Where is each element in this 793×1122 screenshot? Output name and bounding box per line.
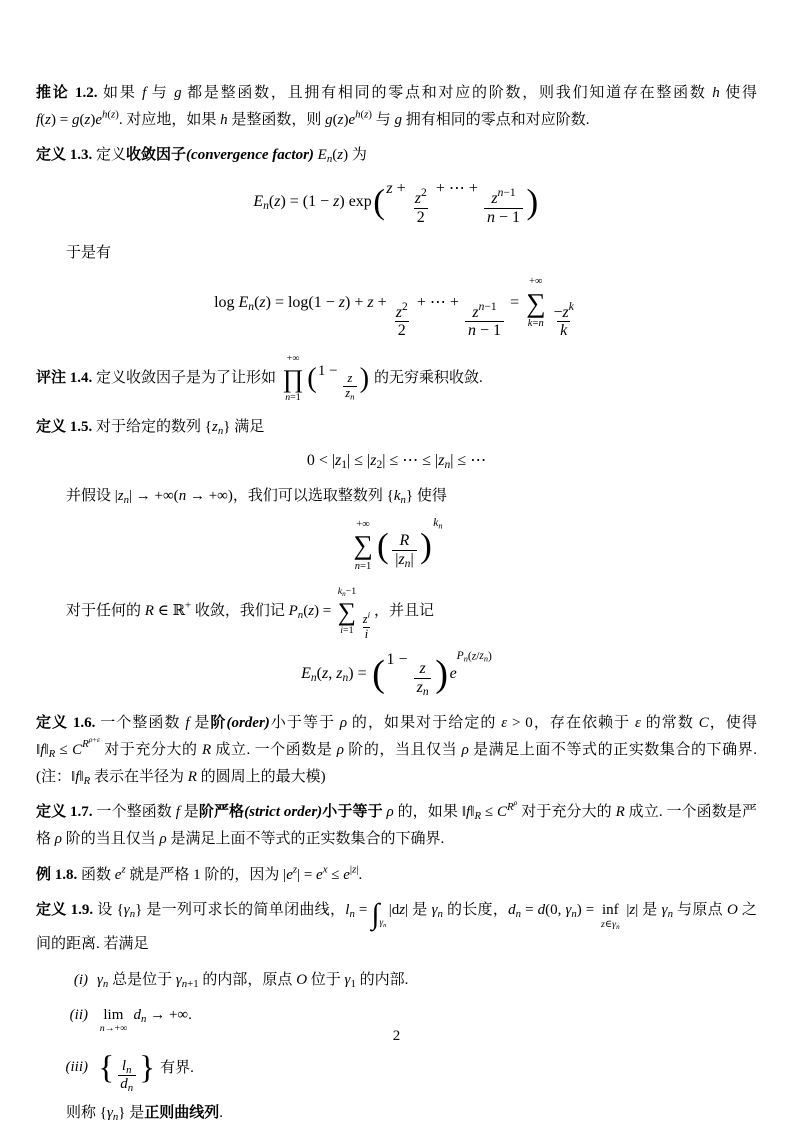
math-var: E — [239, 294, 249, 311]
math-sup-group: zn−1 — [491, 190, 515, 207]
math-var: ρ — [159, 831, 166, 847]
math-row: n − 1 — [487, 209, 520, 226]
bold-italic-text-run: (order) — [226, 715, 269, 731]
text-run: 与原点 — [673, 902, 727, 918]
inline-math: R ∈ ℝ+ — [145, 603, 191, 619]
math-numerator: ln — [119, 1058, 134, 1075]
math-text: ) = — [348, 665, 370, 682]
text-run: 一个整函数 — [93, 804, 176, 820]
display-formula: log En(z) = log(1 − z) + z + z22 + ⋯ + z… — [36, 275, 757, 340]
math-text: = — [355, 902, 372, 918]
math-superscript: n−1 — [498, 187, 516, 199]
math-var: g — [325, 112, 333, 128]
math-row: ‖f‖R ≤ CRρ+ε — [36, 742, 100, 758]
math-row: ‖f‖R ≤ CRρ — [462, 804, 518, 820]
text-run: 的，如果 — [394, 804, 462, 820]
math-row: kn−1 — [338, 586, 356, 597]
inline-math: ρ — [387, 804, 394, 820]
inline-math: γ1 — [345, 972, 356, 988]
math-row: n−1 — [498, 187, 516, 199]
inline-math: Pn(z) = kn−1∑i=1zii — [289, 603, 374, 619]
math-row: log En(z) = log(1 − z) + z + z22 + ⋯ + z… — [214, 294, 579, 311]
text-run: 为 — [348, 147, 367, 163]
math-fraction: lndn — [118, 1058, 136, 1093]
math-delimited: (z + z22 + ⋯ + zn−1n − 1) — [372, 178, 540, 227]
math-sup-group: zk — [562, 304, 573, 321]
paragraph: 对于任何的 R ∈ ℝ+ 收敛，我们记 Pn(z) = kn−1∑i=1zii，… — [36, 586, 757, 641]
math-text: + ⋯ + — [413, 294, 463, 311]
math-sub-group: dn — [120, 1076, 133, 1092]
math-sub-group: ‖f‖R — [36, 742, 55, 758]
math-sub-group: γn — [107, 1105, 118, 1121]
math-sub-group: zn — [398, 551, 410, 568]
text-run: 有界. — [156, 1059, 194, 1075]
text-run: . — [358, 867, 362, 883]
math-sub-group: γn — [612, 919, 619, 930]
math-var: ρ — [337, 742, 344, 758]
text-run: 则称 — [66, 1105, 100, 1121]
math-row: 1 − zzn — [386, 651, 433, 668]
math-row: −zk — [553, 304, 573, 321]
math-numerator: zi — [361, 613, 373, 627]
math-sub-group: γn — [662, 902, 673, 918]
math-text: +∞ — [287, 353, 300, 364]
math-row: dn = d(0, γn) = infz∈γn |z| — [508, 902, 638, 918]
text-run: 的内部. — [356, 972, 409, 988]
math-sub-group: γn — [565, 902, 576, 918]
text-run: 与 — [372, 112, 395, 128]
math-row: g(z)eh(z) — [325, 112, 372, 128]
math-row: ρ+ε — [89, 735, 100, 744]
delimited-content: R|zn| — [390, 522, 419, 569]
math-superscript: n−1 — [479, 300, 497, 312]
bigop-lower-limit: z∈γn — [601, 919, 620, 931]
math-subscript: n — [438, 522, 442, 531]
math-row: 1 − zzn — [318, 363, 359, 379]
math-subscript: n — [423, 687, 429, 699]
math-row: ln = ∫γn|dz| — [345, 902, 408, 918]
math-text: − 1 — [495, 209, 520, 226]
math-row: ε > 0 — [501, 715, 533, 731]
math-text: | ≤ | — [347, 452, 370, 469]
math-var: n — [383, 922, 386, 929]
math-sup-group: ez — [286, 867, 297, 883]
math-text: 0 < | — [307, 452, 335, 469]
math-text: ) = (1 − — [280, 193, 333, 210]
math-sup-group: ePn(z/zn) — [450, 665, 492, 682]
math-text: + ⋯ + — [432, 180, 482, 197]
text-run: ，并且记 — [374, 603, 434, 619]
bigop-symbol: ∑ — [526, 289, 545, 318]
math-numerator: zn−1 — [488, 190, 518, 208]
math-sub-group: ‖f‖R — [462, 804, 481, 820]
text-run: ，我们可以选取整数列 — [233, 488, 387, 504]
math-sub-group: En — [318, 147, 333, 163]
paragraph: 例 1.8. 函数 ez 就是严格 1 阶的，因为 |ez| = ex ≤ e|… — [36, 862, 757, 889]
math-var: e — [95, 112, 102, 128]
paragraph: 定义 1.9. 设 {γn} 是一列可求长的简单闭曲线，ln = ∫γn|dz|… — [36, 897, 757, 958]
math-text: | → +∞( — [129, 488, 179, 504]
math-var: C — [699, 715, 709, 731]
math-denominator: n − 1 — [484, 208, 523, 227]
math-fraction: zn−1n − 1 — [465, 304, 504, 341]
math-text: ) — [488, 650, 492, 662]
inline-math: g — [394, 112, 402, 128]
math-sub-group: En — [301, 665, 317, 682]
text-run: 是 — [126, 1105, 145, 1121]
bigop-symbol: inf — [602, 902, 619, 919]
math-sup-group: z2 — [415, 190, 427, 207]
math-row: En(z, zn) = (1 − zzn)ePn(z/zn) — [301, 665, 492, 682]
math-text: 2 — [398, 322, 406, 339]
math-row: k=n — [528, 318, 544, 329]
bold-text-run: 阶 — [210, 715, 226, 731]
math-superscript: Rρ — [507, 801, 517, 813]
math-var: g — [174, 85, 182, 101]
inline-math: {kn} — [387, 488, 413, 504]
text-run: 是 — [638, 902, 661, 918]
math-text: } — [118, 1105, 125, 1121]
math-var: R — [507, 801, 514, 813]
math-text: > 0 — [507, 715, 533, 731]
bigop-symbol: lim — [103, 1007, 123, 1024]
paragraph: 定义 1.6. 一个整函数 f 是阶(order)小于等于 ρ 的，如果对于给定… — [36, 710, 757, 790]
math-sup-group: eh(z) — [348, 112, 372, 128]
integral-operator: ∫γn — [371, 897, 388, 930]
math-var: ρ — [55, 831, 62, 847]
math-row: i=1 — [340, 625, 353, 636]
bigop-lower-limit: k=n — [528, 317, 544, 330]
math-sub-group: ‖f‖R — [71, 769, 90, 785]
inline-math: +∞∏n=1(1 − zzn) — [280, 371, 370, 387]
math-var: E — [318, 147, 327, 163]
display-formula: En(z) = (1 − z) exp(z + z22 + ⋯ + zn−1n … — [36, 178, 757, 227]
math-sub-group: En — [253, 193, 269, 210]
math-var: e — [450, 665, 457, 682]
math-sub-group: zn — [336, 665, 348, 682]
list-item: (i)γn 总是位于 γn+1 的内部，原点 O 位于 γ1 的内部. — [36, 967, 757, 994]
math-row: h(z) — [102, 108, 119, 120]
text-run: 的内部，原点 — [199, 972, 297, 988]
math-var: d — [120, 1076, 128, 1092]
math-delimited: {lndn} — [97, 1044, 156, 1093]
text-run: ，使得 — [709, 715, 757, 731]
text-run: 对于充分大的 — [517, 804, 615, 820]
math-row: Pn(z) = kn−1∑i=1zii — [289, 603, 374, 619]
math-sub-group: En — [239, 294, 255, 311]
math-text: ∈ — [154, 603, 173, 619]
math-sup-group: zi — [363, 612, 370, 626]
math-row: n+1 — [182, 978, 199, 990]
math-text: ) = — [577, 902, 599, 918]
page-number: 2 — [0, 1028, 793, 1045]
text-run: 定义收敛因子是为了让形如 — [92, 371, 280, 387]
math-sub-group: zn — [212, 419, 223, 435]
math-superscript: 2 — [421, 187, 427, 199]
bigop-lower-limit: n=1 — [355, 560, 372, 573]
math-sub-group: γn — [97, 972, 108, 988]
math-fraction: zii — [361, 613, 373, 642]
math-var: d — [508, 902, 516, 918]
math-text: + — [374, 294, 391, 311]
math-numerator: −zk — [551, 304, 577, 322]
math-text: ≤ — [481, 804, 497, 820]
paragraph: 定义 1.5. 对于给定的数列 {zn} 满足 — [36, 414, 757, 441]
item-content: {lndn} 有界. — [97, 1044, 194, 1093]
math-sub-group: γn — [379, 918, 386, 928]
text-run: 阶的当且仅当 — [62, 831, 160, 847]
math-var: ρ — [462, 742, 469, 758]
math-sup-group: (R|zn|)kn — [376, 536, 443, 553]
math-var: R — [202, 742, 211, 758]
bigop-lower-limit: i=1 — [340, 625, 353, 637]
inline-math: ε > 0 — [501, 715, 533, 731]
math-text: −1 — [346, 586, 357, 597]
math-text: 1 − — [318, 363, 341, 379]
inline-math: {γn} — [117, 902, 143, 918]
inline-math: ρ — [337, 742, 344, 758]
paragraph: 于是有 — [36, 240, 757, 267]
math-sup-group: Rρ — [507, 801, 517, 813]
math-denominator: 2 — [414, 208, 428, 227]
math-text: −1 — [484, 300, 496, 312]
text-run: 是一列可求长的简单闭曲线， — [142, 902, 345, 918]
math-text: 2 — [417, 209, 425, 226]
math-row: |zn| — [395, 551, 413, 568]
bold-text-run: 收敛因子 — [126, 147, 186, 163]
math-var: C — [72, 742, 82, 758]
inline-math: {zn} — [205, 419, 231, 435]
math-var: d — [134, 1007, 142, 1023]
inline-math: O — [727, 902, 738, 918]
math-text: } — [406, 488, 413, 504]
math-var: n — [350, 391, 354, 401]
inline-math: |ez| = ex ≤ e|z| — [283, 867, 358, 883]
text-run: 是 — [180, 804, 199, 820]
math-var: n — [538, 318, 543, 329]
text-run: 函数 — [77, 867, 115, 883]
text-run: 的圆周上的最大模) — [197, 769, 326, 785]
math-text: =1 — [290, 392, 301, 403]
math-var: P — [457, 650, 464, 662]
math-subscript: n — [616, 923, 620, 931]
math-row: Pn(z/zn) — [457, 650, 492, 662]
text-run: 的常数 — [641, 715, 699, 731]
math-fraction: zzn — [343, 372, 357, 401]
sum-operator: +∞∑n=1 — [353, 518, 372, 573]
inf-operator: infz∈γn — [601, 902, 620, 931]
math-subscript: n+1 — [182, 978, 199, 990]
bold-text-run: 小于等于 — [322, 804, 383, 820]
inline-math: ‖f‖R ≤ CRρ+ε — [36, 742, 100, 758]
text-run: 拥有相同的零点和对应阶数. — [402, 112, 590, 128]
math-text: −1 — [503, 187, 515, 199]
inline-math: h — [220, 112, 228, 128]
math-var: n — [423, 687, 429, 699]
bigop-symbol: ∑ — [353, 531, 372, 560]
theorem-label: 定义 1.5. — [36, 419, 92, 435]
math-row: |ez| = ex ≤ e|z| — [283, 867, 358, 883]
math-text: { — [100, 1105, 107, 1121]
text-run: 使得 — [720, 85, 757, 101]
math-text: =1 — [360, 561, 371, 572]
math-delimited: (R|zn|) — [376, 522, 434, 569]
delimited-content: lndn — [115, 1044, 137, 1093]
math-denominator: dn — [118, 1075, 136, 1093]
math-denominator: zn — [343, 386, 357, 401]
math-sub-group: zn — [118, 488, 129, 504]
inline-math: γn — [662, 902, 673, 918]
math-row: n=1 — [285, 392, 300, 403]
math-sub-group: zn — [438, 452, 450, 469]
bold-text-run: 正则曲线列 — [144, 1105, 219, 1121]
math-fraction: zn−1n − 1 — [484, 190, 523, 227]
math-var: R — [616, 804, 625, 820]
theorem-label: 例 1.8. — [36, 867, 77, 883]
delimited-content: z + z22 + ⋯ + zn−1n − 1 — [386, 178, 525, 227]
math-sub-group: γn+1 — [176, 972, 199, 988]
text-run: ，存在依赖于 — [533, 715, 635, 731]
math-denominator: k — [557, 321, 570, 340]
math-row: |zn| → +∞(n → +∞) — [115, 488, 233, 504]
text-run: 一个整函数 — [95, 715, 185, 731]
text-run: 是满足上面不等式的正实数集合的下确界. — [167, 831, 445, 847]
math-var: g — [394, 112, 402, 128]
math-var: E — [253, 193, 263, 210]
math-row: 0 < |z1| ≤ |z2| ≤ ⋯ ≤ |zn| ≤ ⋯ — [307, 452, 486, 469]
math-var: n — [128, 1082, 133, 1094]
math-var: O — [727, 902, 738, 918]
math-text: ) + — [345, 294, 367, 311]
text-run: 使得 — [413, 488, 447, 504]
math-row: n=1 — [355, 561, 372, 572]
math-superscript: h(z) — [355, 108, 372, 120]
text-run: 于是有 — [66, 245, 111, 261]
math-var: O — [296, 972, 307, 988]
theorem-label: 定义 1.6. — [36, 715, 95, 731]
math-sub-group: γn — [124, 902, 135, 918]
text-run: 小于等于 — [270, 715, 340, 731]
math-sub-group: dn — [508, 902, 521, 918]
math-denominator: zn — [414, 678, 432, 697]
math-text: + — [393, 180, 410, 197]
text-run: 总是位于 — [108, 972, 176, 988]
math-subscript: n — [350, 391, 354, 401]
math-text: +∞ — [529, 276, 542, 287]
text-run: 阶的，当且仅当 — [344, 742, 462, 758]
math-sub-group: Pn — [457, 650, 468, 662]
math-var: h — [712, 85, 720, 101]
math-sup-group: z2 — [396, 304, 408, 321]
inline-math: limn→+∞dn → +∞. — [97, 1007, 192, 1023]
math-var: E — [301, 665, 311, 682]
math-text: ) = — [51, 112, 72, 128]
text-run: 对于给定的数列 — [92, 419, 205, 435]
math-var: ρ — [387, 804, 394, 820]
product-operator: +∞∏n=1 — [282, 353, 303, 405]
math-delimited: (1 − zzn) — [306, 358, 370, 401]
math-var: C — [497, 804, 507, 820]
math-row: z + z22 + ⋯ + zn−1n − 1 — [386, 180, 525, 197]
math-var: k — [569, 300, 574, 312]
theorem-label: 定义 1.7. — [36, 804, 93, 820]
math-text: | = — [297, 867, 316, 883]
math-var: n — [616, 923, 620, 931]
math-row: En(z) = (1 − z) exp(z + z22 + ⋯ + zn−1n … — [253, 193, 539, 210]
math-sub-group: ln — [122, 1058, 132, 1074]
math-row: {kn} — [387, 488, 413, 504]
math-var: i — [365, 627, 368, 641]
document-body: 推论 1.2. 如果 f 与 g 都是整函数，且拥有相同的零点和对应的阶数，则我… — [36, 80, 757, 1122]
math-sub-group: zn — [417, 679, 429, 696]
math-row: n−1 — [479, 300, 497, 312]
math-text: 2 — [402, 300, 408, 312]
math-subscript: n — [128, 1082, 133, 1094]
math-var: n — [438, 522, 442, 531]
math-row: n − 1 — [468, 322, 501, 339]
paragraph: 定义 1.7. 一个整函数 f 是阶严格(strict order)小于等于 ρ… — [36, 799, 757, 852]
text-run: 对于充分大的 — [100, 742, 202, 758]
delimited-content: 1 − zzn — [318, 358, 359, 401]
inline-math: {γn} — [100, 1105, 126, 1121]
math-fraction: z22 — [412, 190, 430, 227]
inline-math: dn = d(0, γn) = infz∈γn |z| — [508, 902, 638, 918]
math-text: → +∞. — [146, 1007, 191, 1023]
math-sub-group: kn — [394, 488, 406, 504]
math-text: ) exp — [339, 193, 371, 210]
text-run: 就是严格 1 阶的，因为 — [126, 867, 284, 883]
math-sup-group: ex — [316, 867, 327, 883]
bold-italic-text-run: (convergence factor) — [186, 147, 314, 163]
text-run: 定义 — [92, 147, 126, 163]
inline-math: g(z)eh(z) — [325, 112, 372, 128]
math-denominator: 2 — [395, 321, 409, 340]
math-numerator: z2 — [412, 190, 430, 208]
math-text: → +∞) — [186, 488, 233, 504]
text-run: 如果 — [98, 85, 143, 101]
inline-math: R — [202, 742, 211, 758]
inline-math: f(z) = g(z)eh(z) — [36, 112, 119, 128]
math-row: {γn} — [117, 902, 143, 918]
item-label: (ii) — [36, 1007, 88, 1024]
math-superscript: Rρ+ε — [82, 738, 100, 750]
inline-math: ρ — [462, 742, 469, 758]
math-text: | ≤ ⋯ — [450, 452, 486, 469]
text-run: 与 — [146, 85, 174, 101]
text-run: 表示在半径为 — [90, 769, 188, 785]
math-sub-group: z1 — [335, 452, 347, 469]
delimited-content: 1 − zzn — [386, 651, 433, 698]
math-subscript: n — [383, 922, 386, 929]
math-text: { — [117, 902, 124, 918]
math-sub-group: zn — [345, 386, 354, 400]
math-text: log — [214, 294, 238, 311]
math-var: n — [487, 209, 495, 226]
bold-italic-text-run: (strict order) — [244, 804, 322, 820]
math-row: {γn} — [100, 1105, 126, 1121]
text-run: 都是整函数，且拥有相同的零点和对应的阶数，则我们知道存在整函数 — [182, 85, 713, 101]
math-denominator: |zn| — [392, 550, 416, 569]
inline-math: ρ — [55, 831, 62, 847]
math-text: ) = — [314, 603, 335, 619]
math-fraction: R|zn| — [392, 532, 416, 569]
math-sup-group: zn−1 — [472, 304, 496, 321]
text-run: 的无穷乘积收敛. — [370, 371, 483, 387]
math-sup-group: ℝ+ — [173, 603, 192, 619]
math-var: h — [220, 112, 228, 128]
inline-math: En(z) — [318, 147, 348, 163]
math-var: z — [419, 660, 425, 677]
